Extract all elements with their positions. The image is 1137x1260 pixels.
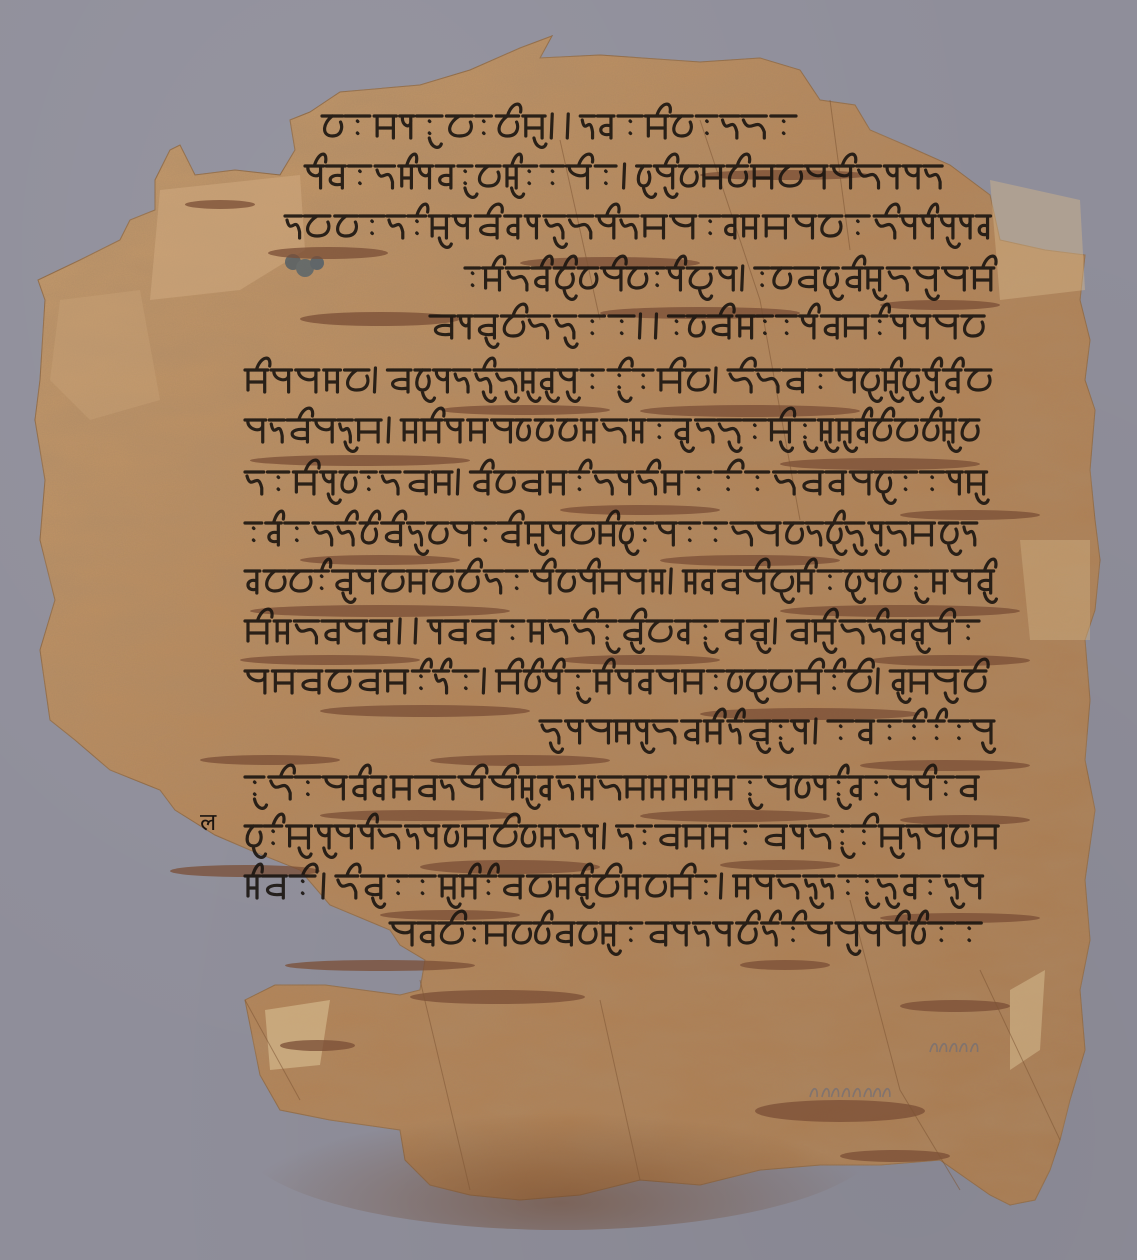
lenticel-mark xyxy=(840,1150,950,1162)
lenticel-mark xyxy=(268,247,388,259)
lenticel-mark xyxy=(320,705,530,717)
lenticel-mark xyxy=(420,860,600,874)
lenticel-mark xyxy=(755,1100,925,1122)
lenticel-mark xyxy=(780,605,1020,617)
lenticel-mark xyxy=(560,655,720,665)
lenticel-mark xyxy=(250,605,510,617)
lenticel-mark xyxy=(320,810,520,821)
lenticel-mark xyxy=(285,960,475,971)
lenticel-mark xyxy=(440,405,610,415)
lenticel-mark xyxy=(410,990,585,1004)
lenticel-mark xyxy=(300,312,460,326)
lenticel-mark xyxy=(380,910,520,920)
lenticel-mark xyxy=(560,505,720,515)
pale-patch xyxy=(265,1000,330,1070)
lenticel-mark xyxy=(185,200,255,209)
lenticel-mark xyxy=(780,458,980,470)
lenticel-mark xyxy=(250,455,470,466)
lenticel-mark xyxy=(430,755,610,766)
lenticel-mark xyxy=(640,810,830,822)
lenticel-mark xyxy=(200,755,340,765)
lenticel-mark xyxy=(240,655,420,665)
manuscript-leaf: ल xyxy=(0,0,1137,1260)
lenticel-mark xyxy=(900,1000,1010,1012)
lenticel-mark xyxy=(900,510,1040,520)
lenticel-mark xyxy=(740,960,830,970)
lenticel-mark xyxy=(900,815,1030,825)
lenticel-mark xyxy=(640,405,860,417)
lenticel-mark xyxy=(880,300,1000,310)
lenticel-mark xyxy=(280,1040,355,1051)
lenticel-mark xyxy=(700,708,920,720)
lenticel-mark xyxy=(720,860,840,870)
lenticel-mark xyxy=(860,760,1030,771)
lenticel-mark xyxy=(870,655,1030,666)
margin-mark: ल xyxy=(200,808,217,836)
water-stain xyxy=(240,1050,880,1230)
